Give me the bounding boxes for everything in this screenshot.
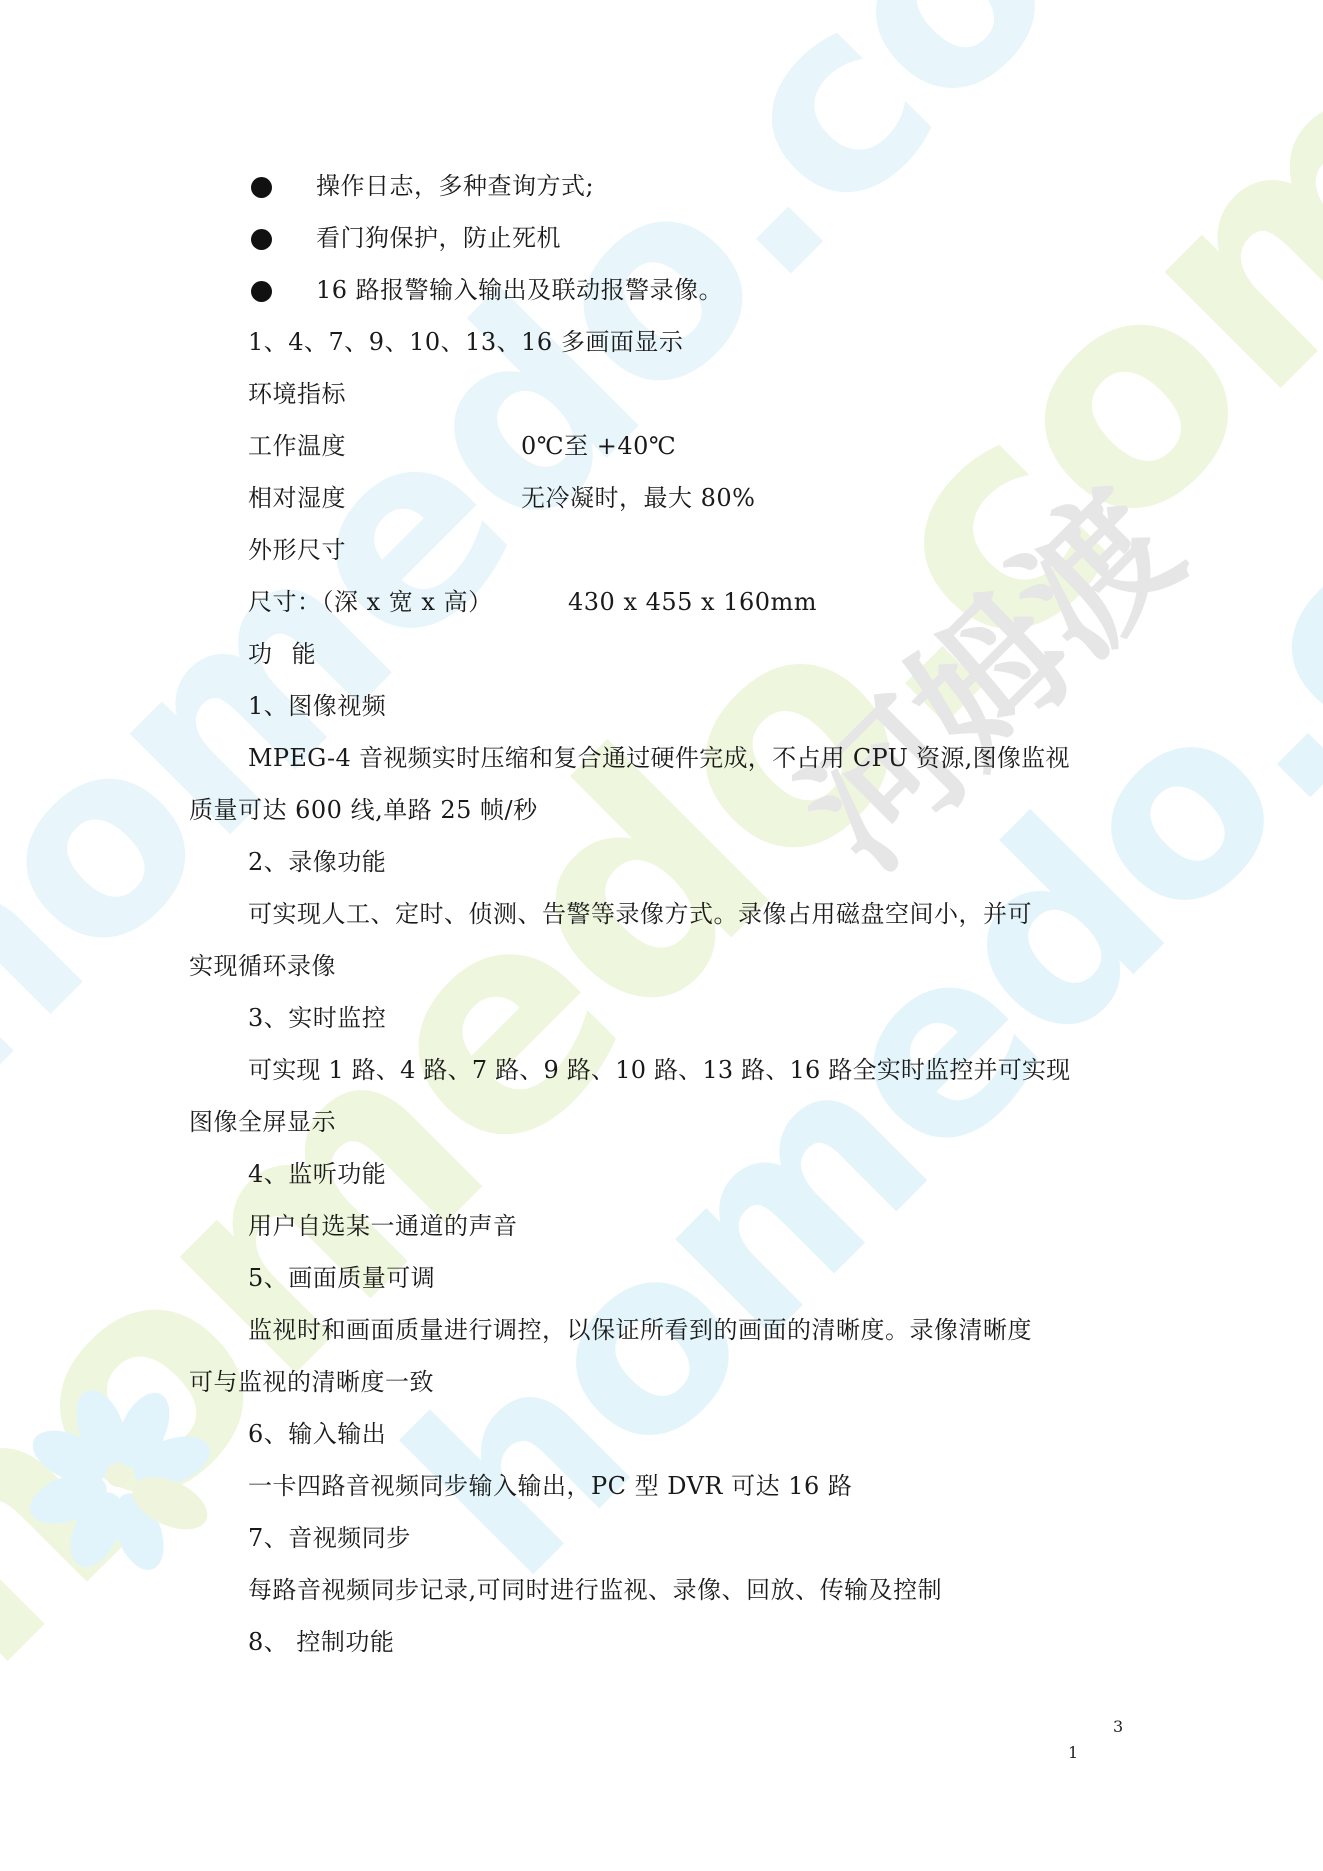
bullet-icon (251, 229, 272, 250)
page-number-bottom: 1 (1068, 1739, 1078, 1767)
section-title: 6、输入输出 (248, 1420, 386, 1448)
section-text: 用户自选某一通道的声音 (248, 1212, 518, 1240)
multi-display-line: 1、4、7、9、10、13、16 多画面显示 (248, 328, 683, 356)
section-title: 7、音视频同步 (248, 1524, 411, 1552)
functions-heading: 功 能 (248, 640, 322, 668)
bullet-icon (251, 177, 272, 198)
section-text: 可实现人工、定时、侦测、告警等录像方式。录像占用磁盘空间小，并可 (248, 900, 1032, 928)
bullet-icon (251, 281, 272, 302)
spec-value-temperature: 0℃至 +40℃ (521, 432, 676, 460)
section-title: 5、画面质量可调 (248, 1264, 435, 1292)
environment-heading: 环境指标 (248, 380, 346, 408)
section-text: 图像全屏显示 (189, 1108, 336, 1136)
spec-value-humidity: 无冷凝时，最大 80% (521, 484, 755, 512)
dimensions-heading: 外形尺寸 (248, 536, 346, 564)
section-title: 8、 控制功能 (248, 1628, 394, 1656)
dimensions-label: 尺寸：（深 x 宽 x 高） (248, 588, 493, 616)
bullet-item: 看门狗保护，防止死机 (316, 224, 561, 252)
document-body: 操作日志，多种查询方式; 看门狗保护，防止死机 16 路报警输入输出及联动报警录… (0, 0, 1323, 1871)
section-text: 一卡四路音视频同步输入输出，PC 型 DVR 可达 16 路 (248, 1472, 852, 1500)
spec-label-temperature: 工作温度 (248, 432, 346, 460)
section-title: 4、监听功能 (248, 1160, 386, 1188)
section-text: 实现循环录像 (189, 952, 336, 980)
section-text: 每路音视频同步记录,可同时进行监视、录像、回放、传输及控制 (248, 1576, 942, 1604)
section-title: 1、图像视频 (248, 692, 386, 720)
dimensions-value: 430 x 455 x 160mm (568, 588, 817, 616)
document-page: homedo.com homedo.com homedo.com 河姆渡 操作日… (0, 0, 1323, 1871)
section-text: 质量可达 600 线,单路 25 帧/秒 (189, 796, 538, 824)
page-number-top: 3 (1113, 1713, 1123, 1741)
section-text: 可实现 1 路、4 路、7 路、9 路、10 路、13 路、16 路全实时监控并… (248, 1056, 1070, 1084)
section-text: MPEG-4 音视频实时压缩和复合通过硬件完成，不占用 CPU 资源,图像监视 (248, 744, 1070, 772)
bullet-item: 16 路报警输入输出及联动报警录像。 (316, 276, 723, 304)
section-text: 监视时和画面质量进行调控，以保证所看到的画面的清晰度。录像清晰度 (248, 1316, 1032, 1344)
section-title: 3、实时监控 (248, 1004, 386, 1032)
section-title: 2、录像功能 (248, 848, 386, 876)
section-text: 可与监视的清晰度一致 (189, 1368, 434, 1396)
spec-label-humidity: 相对湿度 (248, 484, 346, 512)
bullet-item: 操作日志，多种查询方式; (316, 172, 594, 200)
